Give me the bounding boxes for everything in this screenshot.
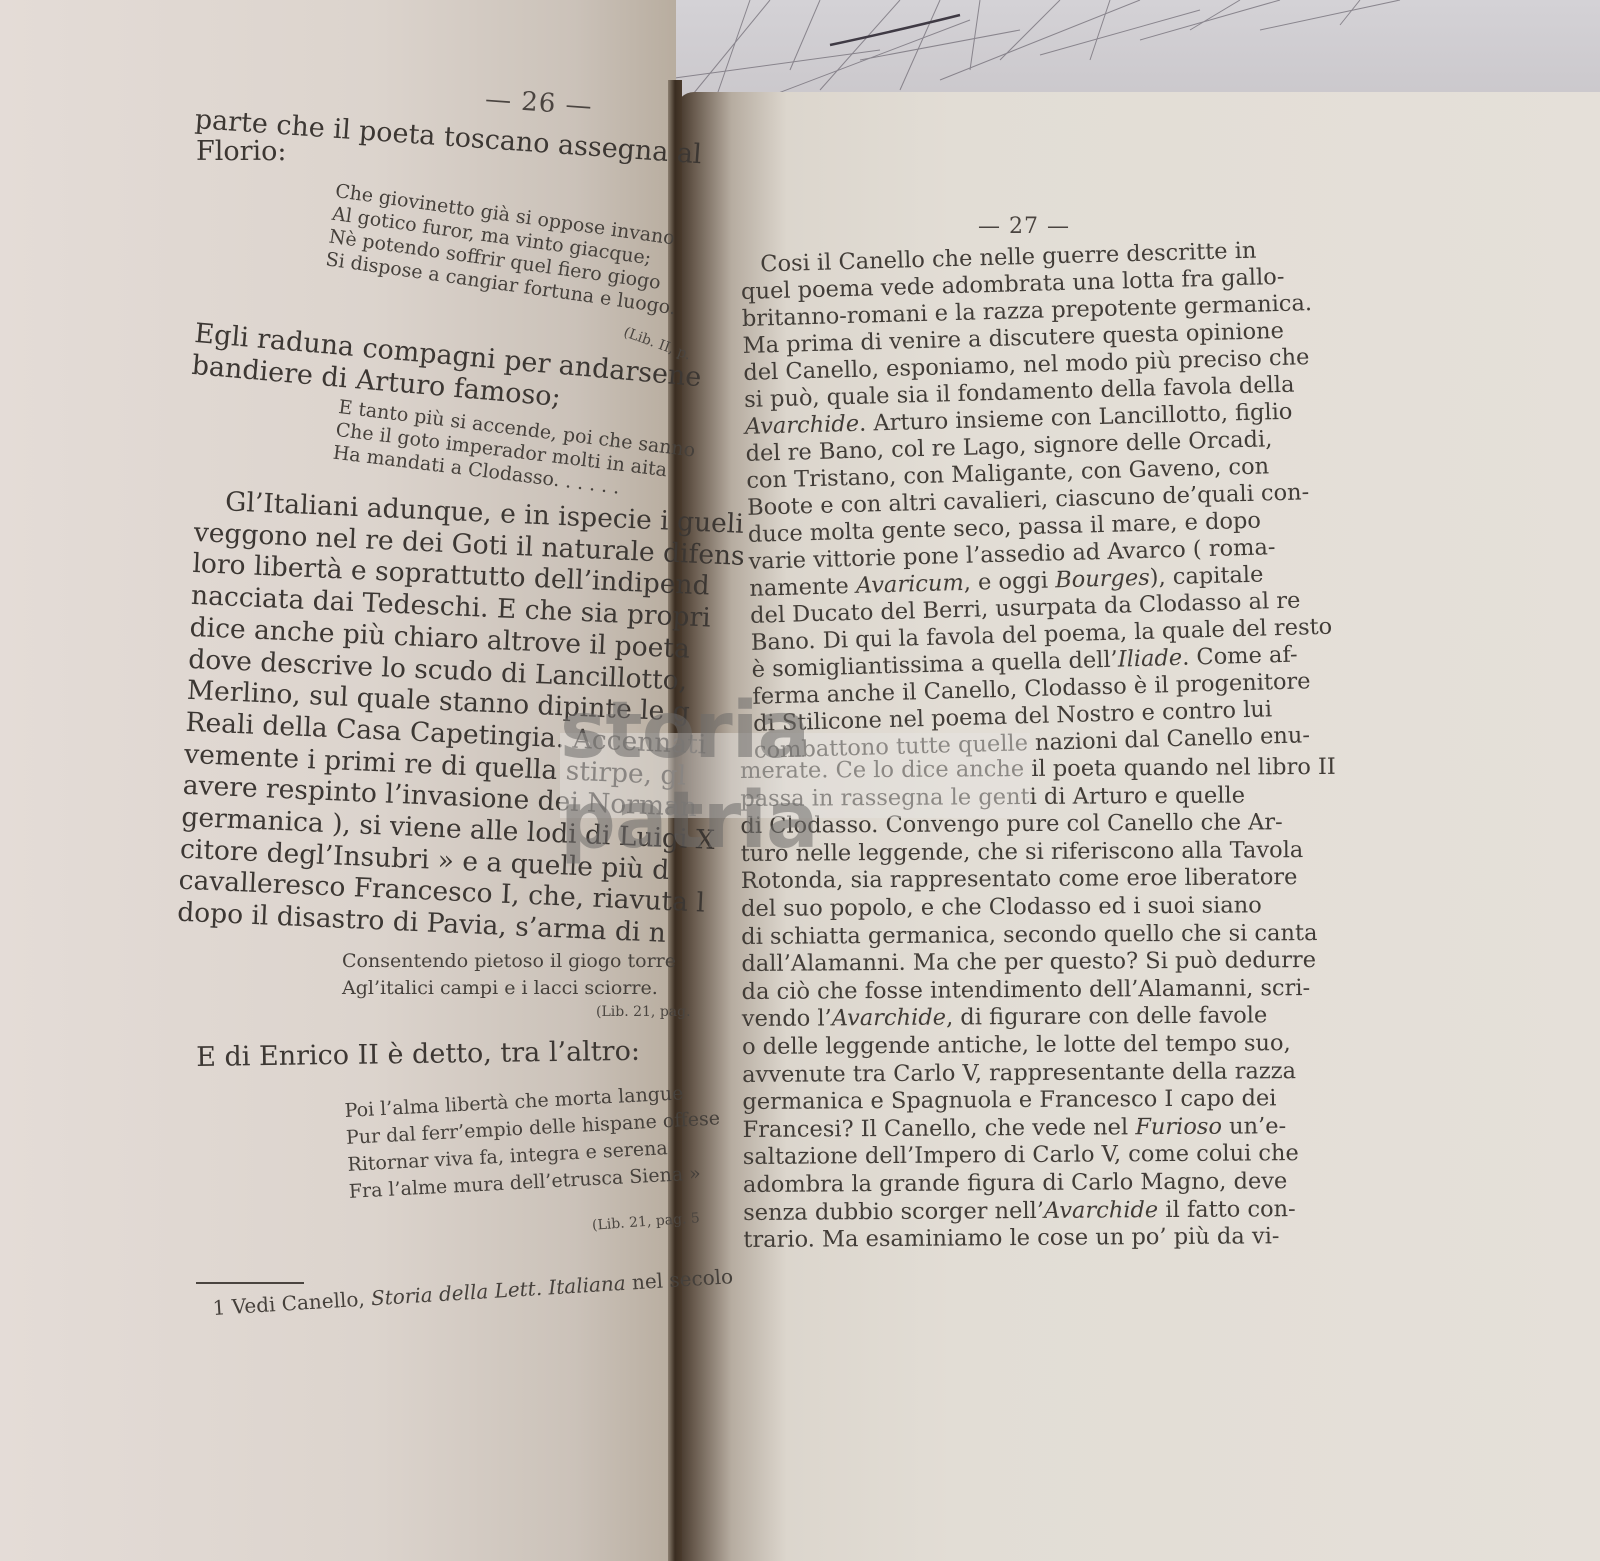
text-line: senza dubbio scorger nell’Avarchide il f… <box>743 1195 1339 1227</box>
text-line: germanica e Spagnuola e Francesco I capo… <box>742 1085 1338 1117</box>
text-line: o delle leggende antiche, le lotte del t… <box>742 1030 1338 1062</box>
text-line: E di Enrico II è detto, tra l’altro: <box>196 1036 640 1074</box>
text-line: Rotonda, sia rappresentato come eroe lib… <box>741 864 1337 896</box>
text-line: da ciò che fosse intendimento dell’Alama… <box>742 975 1338 1007</box>
text-line: avvenute tra Carlo V, rappresentante del… <box>742 1057 1338 1089</box>
text-line: vendo l’Avarchide, di figurare con delle… <box>742 1002 1338 1034</box>
verse-line: Agl’italici campi e i lacci sciorre. <box>342 975 676 1002</box>
watermark: storia patria <box>560 733 1030 818</box>
verse-reference: (Lib. 21, pag. <box>596 1004 691 1020</box>
text-line: adombra la grande figura di Carlo Magno,… <box>743 1168 1339 1200</box>
verse-block-4: Poi l’alma libertà che morta langue Pur … <box>344 1078 723 1205</box>
verse-line: Consentendo pietoso il giogo torre <box>342 948 676 975</box>
footnote-marker: 1 <box>212 1295 226 1320</box>
text-line: del suo popolo, e che Clodasso ed i suoi… <box>741 892 1337 924</box>
page-number-right: — 27 — <box>978 214 1070 239</box>
left-paragraph-4: E di Enrico II è detto, tra l’altro: <box>196 1036 640 1074</box>
footnote-rule <box>196 1282 304 1284</box>
text-line: Florio: <box>196 136 287 168</box>
text-line: dall’Alamanni. Ma che per questo? Si può… <box>741 947 1337 979</box>
text-line: di schiatta germanica, secondo quello ch… <box>741 919 1337 951</box>
left-paragraph-1b: Florio: <box>196 136 287 168</box>
verse-block-3: Consentendo pietoso il giogo torre Agl’i… <box>342 948 676 1002</box>
text-line: trario. Ma esaminiamo le cose un po’ più… <box>743 1223 1339 1255</box>
text-line: saltazione dell’Impero di Carlo V, come … <box>743 1140 1339 1172</box>
text-line: Francesi? Il Canello, che vede nel Furio… <box>743 1113 1339 1145</box>
